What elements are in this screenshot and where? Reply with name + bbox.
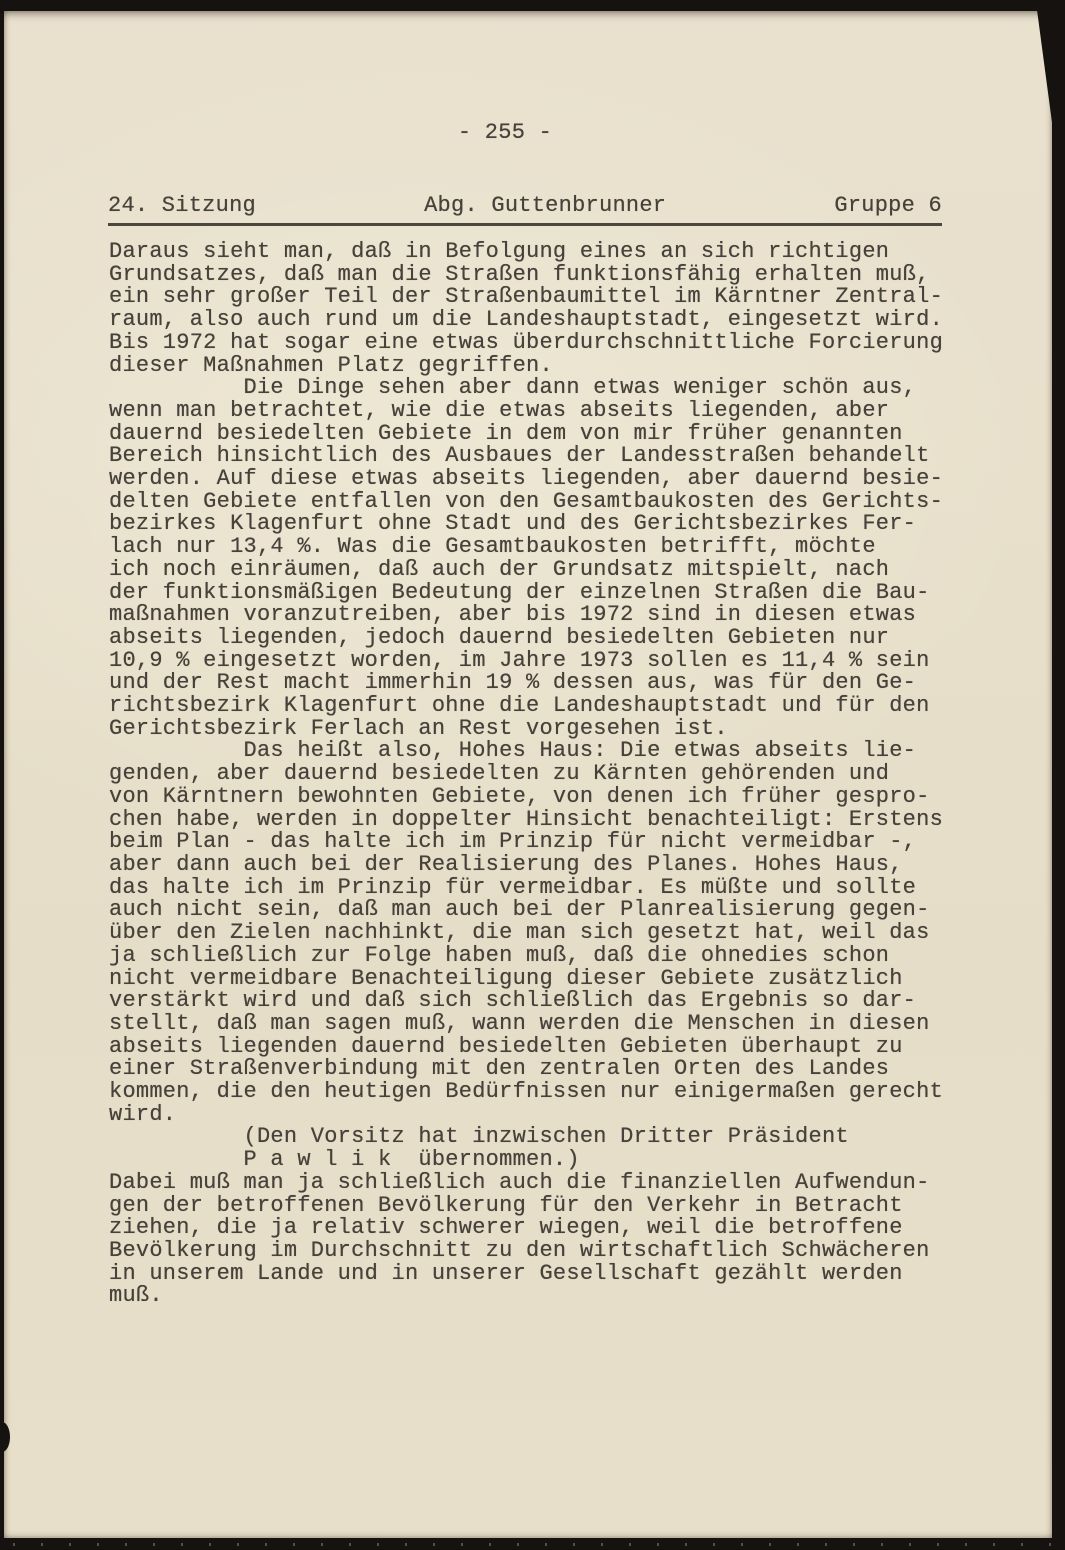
film-strip-dots	[0, 1543, 1065, 1546]
closing-paragraph: Dabei muß man ja schließlich auch die fi…	[109, 1172, 959, 1308]
chair-change-note: (Den Vorsitz hat inzwischen Dritter Präs…	[109, 1126, 959, 1171]
paper-sheet: - 255 - 24. Sitzung Abg. Guttenbrunner G…	[4, 11, 1052, 1538]
session-header: 24. Sitzung Abg. Guttenbrunner Gruppe 6	[108, 194, 942, 226]
speech-body: Daraus sieht man, daß in Befolgung eines…	[109, 241, 959, 1126]
page-number: - 255 -	[105, 121, 905, 145]
header-group-label: Gruppe 6	[834, 194, 942, 218]
text-column: Daraus sieht man, daß in Befolgung eines…	[109, 241, 959, 1308]
header-speaker-label: Abg. Guttenbrunner	[424, 194, 666, 218]
scan-corner-shadow	[1037, 10, 1053, 130]
header-session-label: 24. Sitzung	[108, 194, 256, 218]
scanned-page: - 255 - 24. Sitzung Abg. Guttenbrunner G…	[0, 0, 1065, 1550]
